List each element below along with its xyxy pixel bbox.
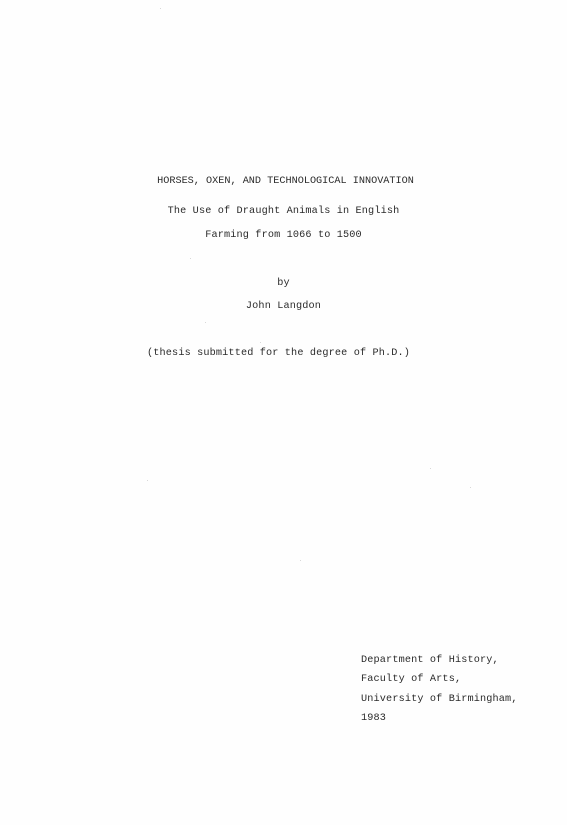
subtitle-line-2: Farming from 1066 to 1500	[0, 230, 567, 242]
title-page: HORSES, OXEN, AND TECHNOLOGICAL INNOVATI…	[0, 0, 567, 825]
subtitle-line-1: The Use of Draught Animals in English	[0, 206, 567, 218]
scan-speck	[300, 560, 301, 561]
affiliation-faculty: Faculty of Arts,	[361, 674, 518, 686]
scan-speck	[430, 468, 431, 469]
affiliation-year: 1983	[361, 713, 518, 725]
scan-speck	[260, 342, 261, 343]
thesis-note: (thesis submitted for the degree of Ph.D…	[147, 348, 410, 360]
scan-speck	[190, 258, 191, 259]
affiliation-department: Department of History,	[361, 655, 518, 667]
affiliation-block: Department of History, Faculty of Arts, …	[361, 655, 518, 732]
by-label: by	[0, 278, 567, 290]
scan-speck	[205, 322, 206, 323]
author-name: John Langdon	[0, 301, 567, 313]
scan-speck	[147, 480, 148, 481]
scan-speck	[470, 487, 471, 488]
affiliation-university: University of Birmingham,	[361, 694, 518, 706]
thesis-title: HORSES, OXEN, AND TECHNOLOGICAL INNOVATI…	[0, 176, 567, 188]
scan-speck	[160, 8, 161, 9]
